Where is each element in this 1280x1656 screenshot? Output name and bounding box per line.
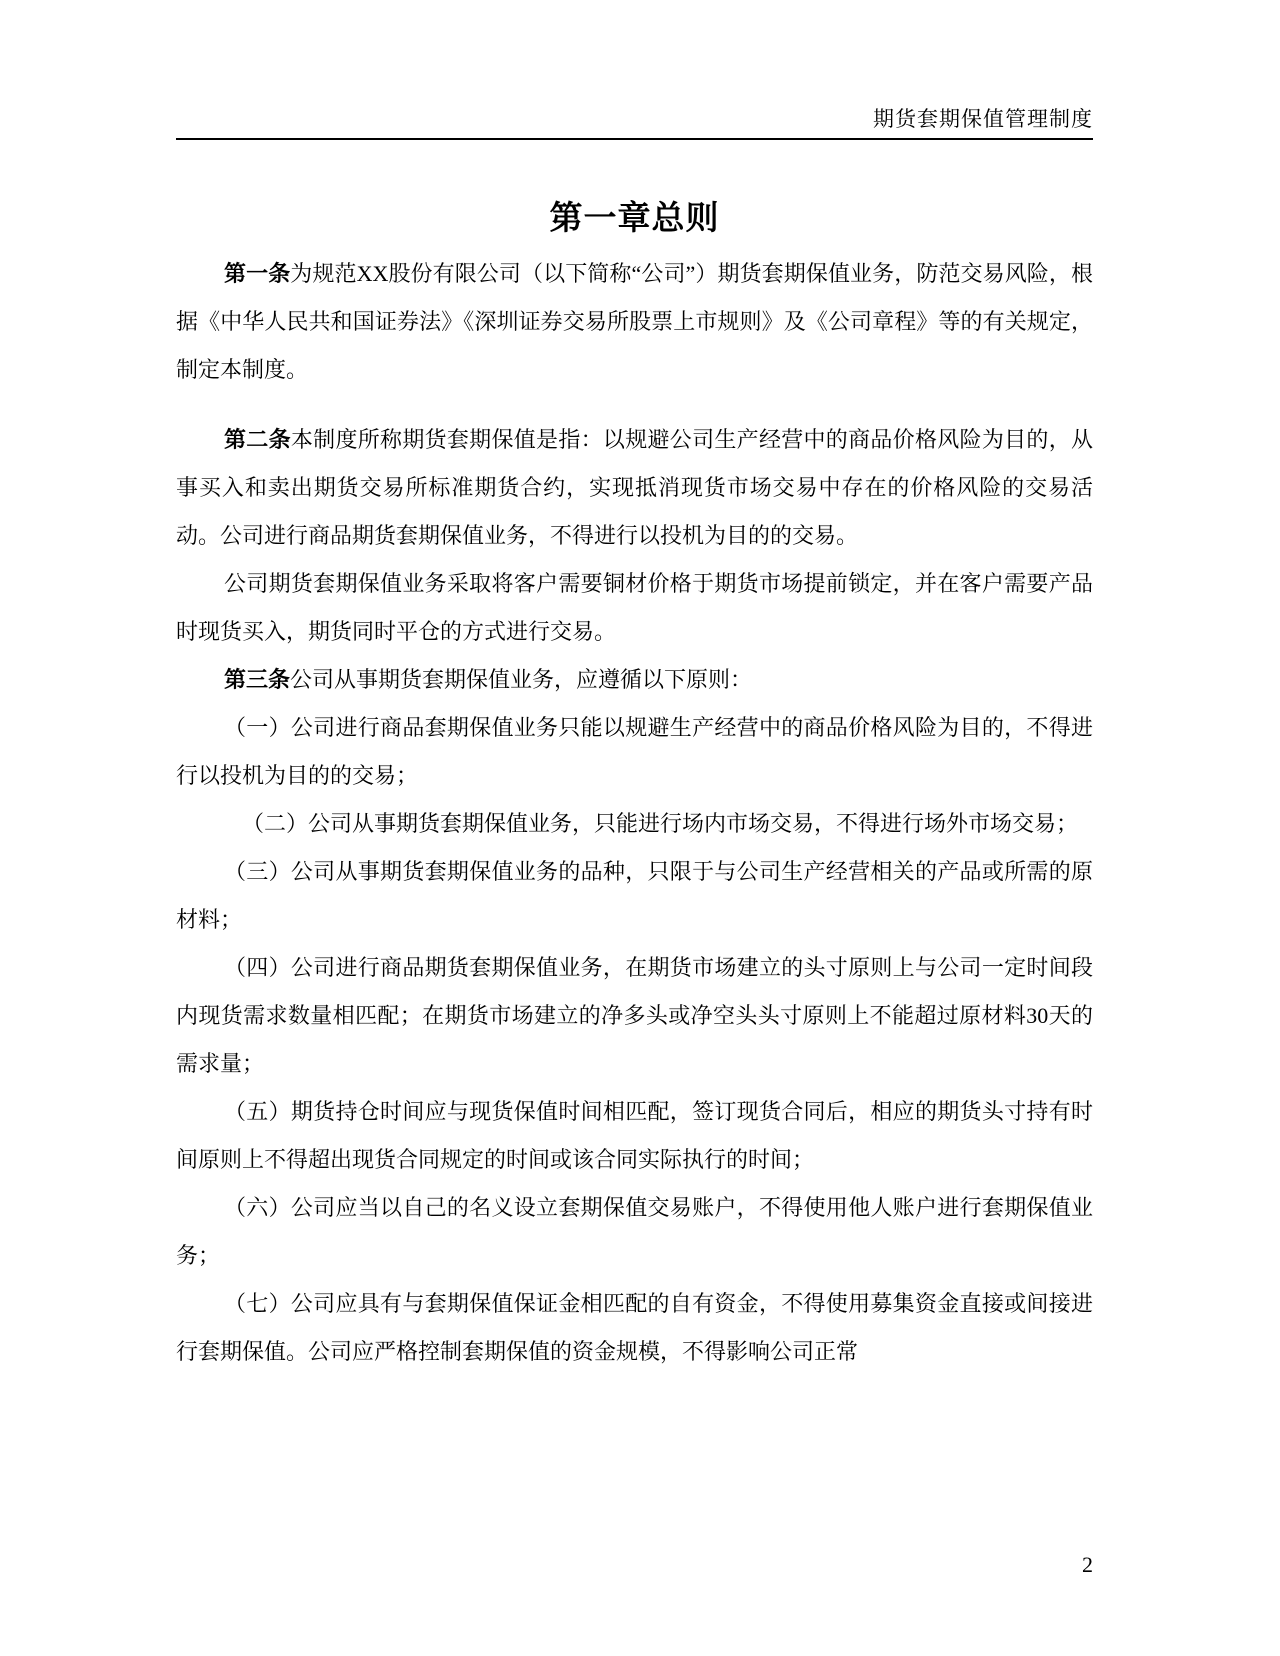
paragraph-item-3: （三）公司从事期货套期保值业务的品种，只限于与公司生产经营相关的产品或所需的原材… — [176, 848, 1093, 944]
paragraph-item-7: （七）公司应具有与套期保值保证金相匹配的自有资金，不得使用募集资金直接或间接进行… — [176, 1280, 1093, 1376]
page-number: 2 — [176, 1552, 1093, 1578]
paragraph-article-3: 第三条公司从事期货套期保值业务，应遵循以下原则： — [176, 656, 1093, 704]
document-page: 期货套期保值管理制度 第一章总则 第一条为规范XX股份有限公司（以下简称“公司”… — [0, 0, 1280, 1656]
paragraph-article-2: 第二条本制度所称期货套期保值是指：以规避公司生产经营中的商品价格风险为目的，从事… — [176, 416, 1093, 560]
header-divider-line — [176, 138, 1093, 140]
chapter-title: 第一章总则 — [176, 192, 1093, 239]
paragraph-text: （三）公司从事期货套期保值业务的品种，只限于与公司生产经营相关的产品或所需的原材… — [176, 859, 1093, 932]
paragraph-text: 公司期货套期保值业务采取将客户需要铜材价格于期货市场提前锁定，并在客户需要产品时… — [176, 571, 1093, 644]
paragraph-text: （二）公司从事期货套期保值业务，只能进行场内市场交易，不得进行场外市场交易； — [242, 811, 1078, 836]
paragraph-article-2-continued: 公司期货套期保值业务采取将客户需要铜材价格于期货市场提前锁定，并在客户需要产品时… — [176, 560, 1093, 656]
paragraph-text: （一）公司进行商品套期保值业务只能以规避生产经营中的商品价格风险为目的，不得进行… — [176, 715, 1093, 788]
paragraph-text: （七）公司应具有与套期保值保证金相匹配的自有资金，不得使用募集资金直接或间接进行… — [176, 1291, 1093, 1364]
paragraph-text: 为规范XX股份有限公司（以下简称“公司”）期货套期保值业务，防范交易风险，根据《… — [176, 261, 1093, 382]
article-number: 第三条 — [224, 667, 290, 692]
paragraph-item-2: （二）公司从事期货套期保值业务，只能进行场内市场交易，不得进行场外市场交易； — [176, 800, 1093, 848]
paragraph-text: （四）公司进行商品期货套期保值业务，在期货市场建立的头寸原则上与公司一定时间段内… — [176, 955, 1093, 1076]
paragraph-article-1: 第一条为规范XX股份有限公司（以下简称“公司”）期货套期保值业务，防范交易风险，… — [176, 250, 1093, 394]
paragraph-item-1: （一）公司进行商品套期保值业务只能以规避生产经营中的商品价格风险为目的，不得进行… — [176, 704, 1093, 800]
paragraph-item-4: （四）公司进行商品期货套期保值业务，在期货市场建立的头寸原则上与公司一定时间段内… — [176, 944, 1093, 1088]
paragraph-text: 本制度所称期货套期保值是指：以规避公司生产经营中的商品价格风险为目的，从事买入和… — [176, 427, 1093, 548]
paragraph-text: 公司从事期货套期保值业务，应遵循以下原则： — [290, 667, 752, 692]
article-number: 第二条 — [224, 427, 291, 452]
document-body: 第一条为规范XX股份有限公司（以下简称“公司”）期货套期保值业务，防范交易风险，… — [176, 250, 1093, 1376]
paragraph-item-6: （六）公司应当以自己的名义设立套期保值交易账户，不得使用他人账户进行套期保值业务… — [176, 1184, 1093, 1280]
article-number: 第一条 — [224, 261, 290, 286]
paragraph-text: （五）期货持仓时间应与现货保值时间相匹配，签订现货合同后，相应的期货头寸持有时间… — [176, 1099, 1093, 1172]
paragraph-text: （六）公司应当以自己的名义设立套期保值交易账户，不得使用他人账户进行套期保值业务… — [176, 1195, 1093, 1268]
paragraph-item-5: （五）期货持仓时间应与现货保值时间相匹配，签订现货合同后，相应的期货头寸持有时间… — [176, 1088, 1093, 1184]
page-header-title: 期货套期保值管理制度 — [176, 103, 1093, 133]
